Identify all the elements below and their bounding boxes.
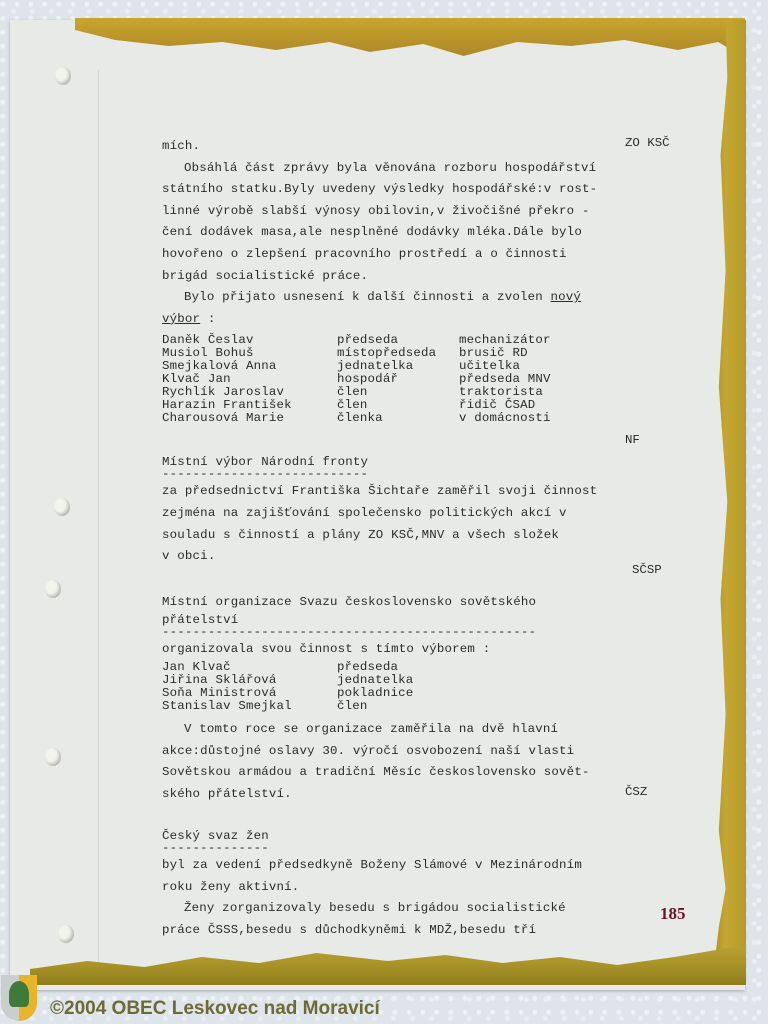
text-line: Bylo přijato usnesení k další činnosti a… — [162, 287, 682, 309]
cell-name: Stanislav Smejkal — [162, 700, 337, 713]
text-line: výbor : — [162, 309, 682, 331]
punch-hole — [45, 748, 61, 766]
text-fragment: Bylo přijato usnesení k další činnosti a… — [184, 290, 551, 304]
text-line: za předsednictví Františka Šichtaře zamě… — [162, 481, 682, 503]
section-scsp: Místní organizace Svazu československo s… — [162, 592, 682, 806]
punch-hole — [55, 67, 71, 85]
cell-name: Soňa Ministrová — [162, 687, 337, 700]
heading-underline: -------------- — [162, 843, 682, 855]
copyright-footer: ©2004 OBEC Leskovec nad Moravicí — [50, 998, 380, 1020]
margin-line — [98, 70, 99, 970]
text-line: ského přátelství. — [162, 784, 682, 806]
text-line: souladu s činností a plány ZO KSČ,MNV a … — [162, 525, 682, 547]
text-line: hovořeno o zlepšení pracovního prostředí… — [162, 244, 682, 266]
text-line: organizovala svou činnost s tímto výbore… — [162, 639, 682, 661]
text-fragment: : — [200, 312, 215, 326]
underlined-word: nový — [551, 290, 582, 304]
text-line: V tomto roce se organizace zaměřila na d… — [162, 719, 682, 741]
section-nf: Místní výbor Národní fronty ------------… — [162, 455, 682, 567]
table-row: Stanislav Smejkalčlen — [162, 700, 682, 713]
text-line: práce ČSSS,besedu s důchodkyněmi k MDŽ,b… — [162, 920, 682, 942]
text-line: státního statku.Byly uvedeny výsledky ho… — [162, 179, 682, 201]
text-line: mích. — [162, 136, 682, 158]
text-line: Ženy zorganizovaly besedu s brigádou soc… — [162, 898, 682, 920]
table-row: Smejkalová Annajednatelkaučitelka — [162, 360, 682, 373]
table-row: Soňa Ministrovápokladnice — [162, 687, 682, 700]
text-line: zejména na zajišťování společensko polit… — [162, 503, 682, 525]
table-row: Jiřina Sklářovájednatelka — [162, 674, 682, 687]
section-heading: Místní výbor Národní fronty — [162, 455, 682, 469]
section-heading: přátelství — [162, 613, 682, 627]
committee-table: Jan KlvačpředsedaJiřina Sklářovájednatel… — [162, 661, 682, 713]
cell-role: pokladnice — [337, 687, 459, 700]
text-line: akce:důstojné oslavy 30. výročí osvoboze… — [162, 741, 682, 763]
section-csz: Český svaz žen -------------- byl za ved… — [162, 829, 682, 941]
cell-name: Jan Klvač — [162, 661, 337, 674]
cell-name: Charousová Marie — [162, 412, 337, 425]
coat-of-arms-icon — [1, 975, 37, 1021]
cell-name: Jiřina Sklářová — [162, 674, 337, 687]
heading-underline: --------------------------- — [162, 469, 682, 481]
punch-hole — [58, 925, 74, 943]
text-line: linné výrobě slabší výnosy obilovin,v ži… — [162, 201, 682, 223]
text-line: Sovětskou armádou a tradiční Měsíc česko… — [162, 762, 682, 784]
cell-role: člen — [337, 700, 459, 713]
punch-hole — [45, 580, 61, 598]
page-number: 185 — [660, 904, 686, 924]
cell-role: předseda — [337, 661, 459, 674]
section-zo-ksc: mích. Obsáhlá část zprávy byla věnována … — [162, 136, 682, 425]
table-row: Charousová Mariečlenkav domácnosti — [162, 412, 682, 425]
heading-underline: ----------------------------------------… — [162, 627, 682, 639]
text-line: brigád socialistické práce. — [162, 266, 682, 288]
text-line: čení dodávek masa,ale nesplněné dodávky … — [162, 222, 682, 244]
text-line: byl za vedení předsedkyně Boženy Slámové… — [162, 855, 682, 877]
text-line: v obci. — [162, 546, 682, 568]
section-heading: Český svaz žen — [162, 829, 682, 843]
committee-table: Daněk ČeslavpředsedamechanizátorMusiol B… — [162, 334, 682, 425]
underlined-word: výbor — [162, 312, 200, 326]
cell-occupation: v domácnosti — [459, 412, 682, 425]
section-heading: Místní organizace Svazu československo s… — [162, 592, 682, 614]
typed-text: mích. Obsáhlá část zprávy byla věnována … — [162, 136, 682, 942]
punch-hole — [54, 498, 70, 516]
text-line: roku ženy aktivní. — [162, 877, 682, 899]
text-line: Obsáhlá část zprávy byla věnována rozbor… — [162, 158, 682, 180]
cell-role: jednatelka — [337, 674, 459, 687]
cell-role: členka — [337, 412, 459, 425]
table-row: Jan Klvačpředseda — [162, 661, 682, 674]
